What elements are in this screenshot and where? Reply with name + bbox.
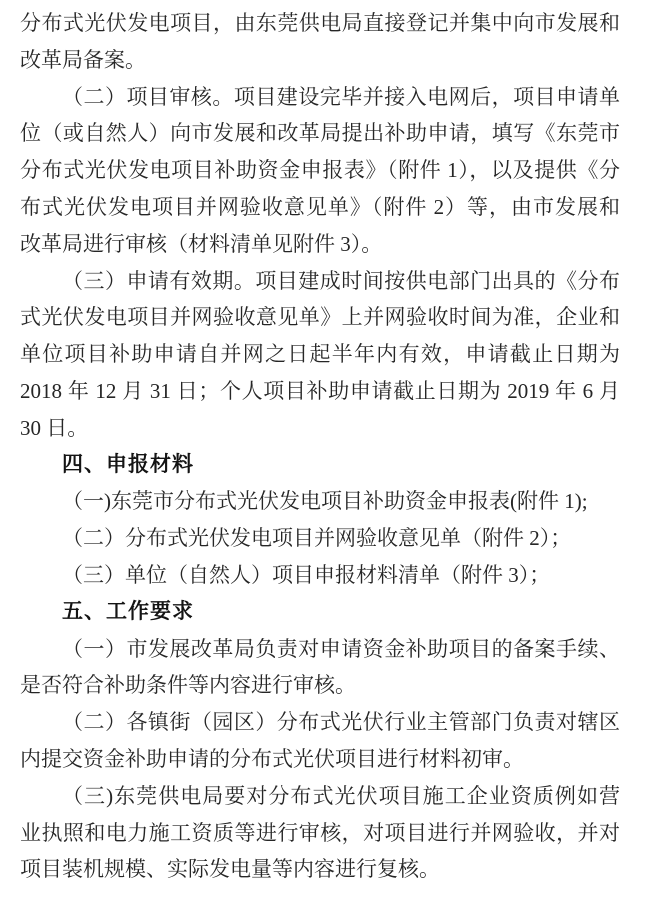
text-line: 分布式光伏发电项目补助资金申报表》（附件 1），以及提供《分 xyxy=(20,152,620,189)
text-line: 项目装机规模、实际发电量等内容进行复核。 xyxy=(20,851,620,888)
text-line: 单位项目补助申请自并网之日起半年内有效，申请截止日期为 xyxy=(20,336,620,373)
text-line: 布式光伏发电项目并网验收意见单》（附件 2）等，由市发展和 xyxy=(20,189,620,226)
list-item: （三）单位（自然人）项目申报材料清单（附件 3）； xyxy=(20,557,620,594)
text-line: （二）各镇街（园区）分布式光伏行业主管部门负责对辖区 xyxy=(20,704,620,741)
text-line: （三）申请有效期。项目建成时间按供电部门出具的《分布 xyxy=(20,263,620,300)
list-item: （一)东莞市分布式光伏发电项目补助资金申报表(附件 1); xyxy=(20,483,620,520)
list-item: （二）分布式光伏发电项目并网验收意见单（附件 2）； xyxy=(20,520,620,557)
text-line: 2018 年 12 月 31 日；个人项目补助申请截止日期为 2019 年 6 … xyxy=(20,373,620,410)
section-heading: 五、工作要求 xyxy=(20,594,620,631)
text-line: （三)东莞供电局要对分布式光伏项目施工企业资质例如营 xyxy=(20,778,620,815)
text-line: 位（或自然人）向市发展和改革局提出补助申请，填写《东莞市 xyxy=(20,115,620,152)
text-line: 改革局备案。 xyxy=(20,42,620,79)
text-line: 式光伏发电项目并网验收意见单》上并网验收时间为准，企业和 xyxy=(20,299,620,336)
text-line: 是否符合补助条件等内容进行审核。 xyxy=(20,667,620,704)
document-page: 分布式光伏发电项目，由东莞供电局直接登记并集中向市发展和 改革局备案。 （二）项… xyxy=(0,0,656,902)
section-heading: 四、申报材料 xyxy=(20,447,620,484)
text-line: 内提交资金补助申请的分布式光伏项目进行材料初审。 xyxy=(20,741,620,778)
text-line: 业执照和电力施工资质等进行审核，对项目进行并网验收，并对 xyxy=(20,815,620,852)
text-line: 30 日。 xyxy=(20,410,620,447)
text-line: （二）项目审核。项目建设完毕并接入电网后，项目申请单 xyxy=(20,79,620,116)
text-line: 分布式光伏发电项目，由东莞供电局直接登记并集中向市发展和 xyxy=(20,5,620,42)
text-line: （一）市发展改革局负责对申请资金补助项目的备案手续、 xyxy=(20,631,620,668)
text-line: 改革局进行审核（材料清单见附件 3）。 xyxy=(20,226,620,263)
